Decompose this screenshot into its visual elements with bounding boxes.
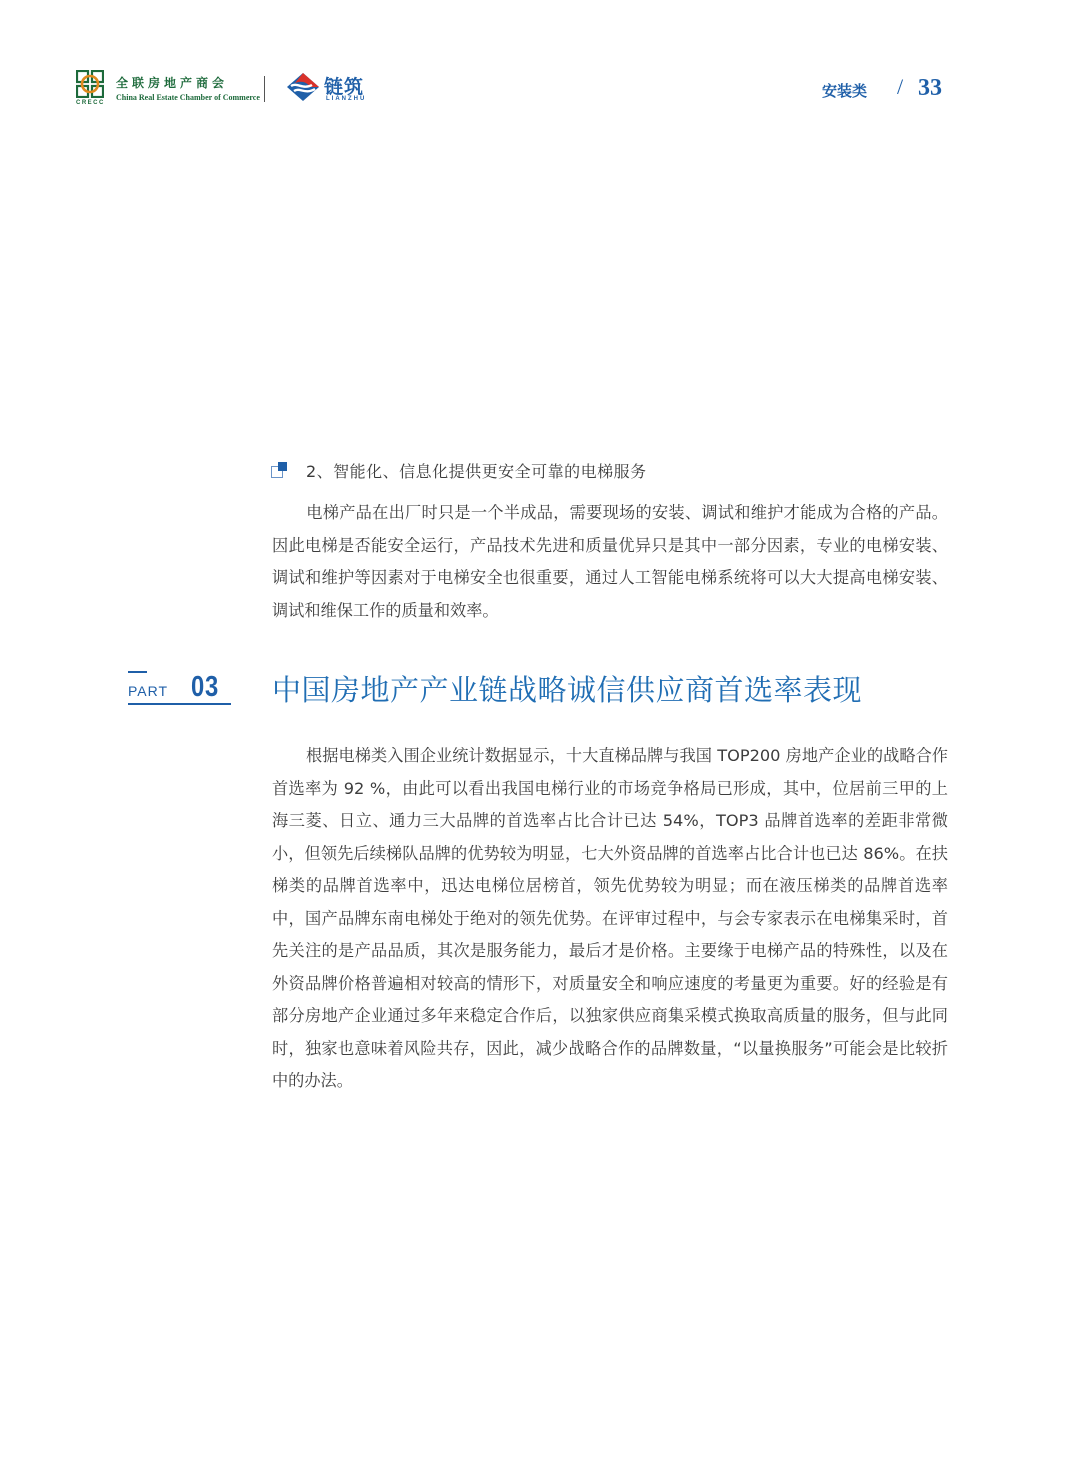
subsection-heading-text: 2、智能化、信息化提供更安全可靠的电梯服务 bbox=[306, 459, 647, 482]
part-title: 中国房地产产业链战略诚信供应商首选率表现 bbox=[272, 668, 862, 709]
subsection-paragraph-text: 电梯产品在出厂时只是一个半成品，需要现场的安装、调试和维护才能成为合格的产品。因… bbox=[272, 503, 948, 620]
part-marker: PART 03 bbox=[128, 671, 231, 705]
part-label: PART bbox=[128, 683, 168, 699]
part-underline bbox=[128, 703, 231, 705]
page-header: CRECC 全联房地产商会 China Real Estate Chamber … bbox=[0, 0, 1075, 130]
page-separator: / bbox=[897, 74, 903, 100]
subsection-paragraph: 电梯产品在出厂时只是一个半成品，需要现场的安装、调试和维护才能成为合格的产品。因… bbox=[272, 497, 948, 627]
crecc-name-cn: 全联房地产商会 bbox=[116, 74, 260, 91]
section-tag: 安装类 bbox=[822, 80, 867, 101]
crecc-abbr: CRECC bbox=[76, 100, 110, 106]
lianzhu-name-en: LIANZHU bbox=[326, 96, 366, 102]
lianzhu-name-cn: 链筑 bbox=[324, 72, 364, 99]
crecc-name-en: China Real Estate Chamber of Commerce bbox=[116, 93, 260, 102]
crecc-logo: CRECC bbox=[76, 70, 106, 110]
subsection-heading: 2、智能化、信息化提供更安全可靠的电梯服务 bbox=[270, 458, 647, 482]
part-paragraph-text: 根据电梯类入围企业统计数据显示，十大直梯品牌与我国 TOP200 房地产企业的战… bbox=[272, 746, 948, 1090]
page-number: 33 bbox=[918, 75, 942, 102]
crecc-emblem-icon bbox=[76, 70, 104, 98]
part-number: 03 bbox=[191, 671, 219, 704]
logo-divider bbox=[264, 76, 265, 102]
part-overline bbox=[128, 671, 147, 673]
lianzhu-emblem-icon bbox=[286, 72, 320, 102]
square-bullet-icon bbox=[270, 461, 288, 479]
part-paragraph: 根据电梯类入围企业统计数据显示，十大直梯品牌与我国 TOP200 房地产企业的战… bbox=[272, 740, 948, 1098]
crecc-name: 全联房地产商会 China Real Estate Chamber of Com… bbox=[116, 74, 260, 102]
